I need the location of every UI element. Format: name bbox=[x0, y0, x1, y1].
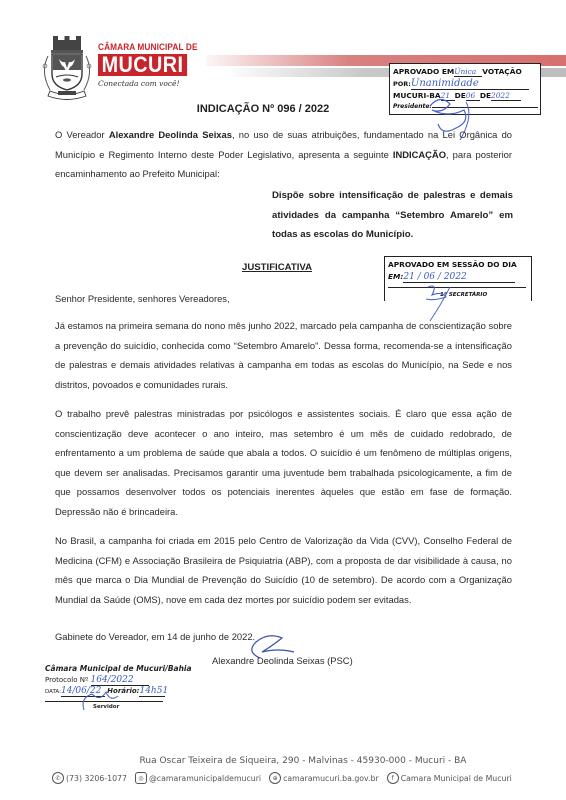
municipal-crest-logo bbox=[36, 36, 98, 102]
signatory-name: Alexandre Deolinda Seixas (PSC) bbox=[212, 655, 353, 666]
justification-paragraph-3: No Brasil, a campanha foi criada em 2015… bbox=[55, 531, 512, 609]
protocol-number-hand: 164/2022 bbox=[91, 675, 149, 686]
justification-paragraph-2: O trabalho prevê palestras ministradas p… bbox=[55, 404, 512, 522]
justification-heading: JUSTIFICATIVA bbox=[242, 262, 312, 273]
stamp-hand-unanimity: Unanimidade bbox=[411, 78, 529, 90]
footer-instagram[interactable]: ◎ @camaramunicipaldemucuri bbox=[135, 772, 261, 784]
facebook-icon: f bbox=[387, 772, 399, 784]
footer-phone: ✆ (73) 3206-1077 bbox=[52, 772, 127, 784]
subject-summary: Dispõe sobre intensificação de palestras… bbox=[272, 186, 513, 245]
footer-contacts: ✆ (73) 3206-1077 ◎ @camaramunicipaldemuc… bbox=[52, 772, 512, 784]
protocol-time-hand: 14h51 bbox=[139, 686, 165, 697]
justification-paragraph-1: Já estamos na primeira semana do nono mê… bbox=[55, 316, 512, 394]
brand-top-text: CÂMARA MUNICIPAL DE bbox=[98, 42, 181, 52]
footer-website[interactable]: ⊕ camaramucuri.ba.gov.br bbox=[269, 772, 379, 784]
councilor-name: Alexandre Deolinda Seixas bbox=[109, 129, 232, 140]
brand-main-text: MUCURI bbox=[98, 54, 187, 76]
indication-keyword: INDICAÇÃO bbox=[393, 149, 446, 160]
server-signature-icon bbox=[78, 688, 128, 713]
stamp-hand-session-date: 21 / 06 / 2022 bbox=[403, 272, 515, 283]
globe-icon: ⊕ bbox=[269, 772, 281, 784]
salutation: Senhor Presidente, senhores Vereadores, bbox=[55, 289, 512, 309]
footer-address: Rua Oscar Teixeira de Siqueira, 290 - Ma… bbox=[0, 756, 566, 766]
crest-icon bbox=[36, 36, 98, 102]
brand-tagline: Conectada com você! bbox=[98, 79, 188, 88]
instagram-icon: ◎ bbox=[135, 772, 147, 784]
intro-paragraph: O Vereador Alexandre Deolinda Seixas, no… bbox=[55, 125, 512, 184]
footer-facebook[interactable]: f Camara Municipal de Mucuri bbox=[387, 772, 512, 784]
phone-icon: ✆ bbox=[52, 772, 64, 784]
brand-block: CÂMARA MUNICIPAL DE MUCURI Conectada com… bbox=[98, 42, 188, 88]
stamp-hand-vote-type: Única bbox=[454, 67, 482, 77]
